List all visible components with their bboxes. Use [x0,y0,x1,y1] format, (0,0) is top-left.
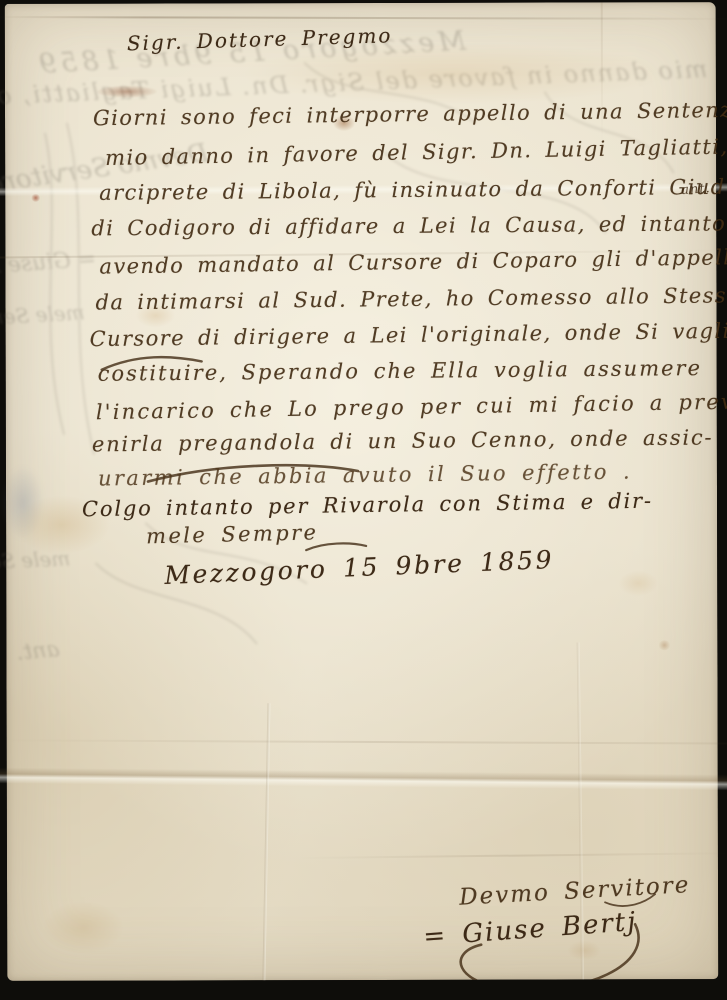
crease-faint [0,739,727,744]
stain-red-dot [31,194,40,202]
letter-line: Colgo intanto per Rivarola con Stima e d… [82,489,653,521]
letter-line: mio danno in favore del Sigr. Dn. Luigi … [105,134,727,170]
stain-top-band [240,42,670,105]
letter-line: Giorni sono feci interporre appello di u… [93,97,727,130]
letter-heading: Sigr. Dottore Pregmo [127,23,393,55]
marginal-note: ant. [681,181,711,198]
letter-line: Cursore di dirigere a Lei l'originale, o… [89,319,727,352]
letter-line: l'incarico che Lo prego per cui mi facio… [96,389,727,424]
letter-line: arciprete di Libola, fù insinuato da Con… [99,175,727,205]
letter-paper: Mezzogoro 15 9bre 1859 mio danno in favo… [5,2,719,981]
dateline: Mezzogoro 15 9bre 1859 [164,545,555,590]
ghost-text-fragment: mele Sempre [0,300,85,331]
stain-bottom-left [43,902,123,954]
letter-line: costituire, Sperando che Ella voglia ass… [98,356,702,386]
signature: = Giuse Bertj [422,907,638,952]
letter-line: enirla pregandola di un Suo Cenno, onde … [92,425,714,456]
ghost-text-fragment: = Giuse Bertj [0,246,97,282]
crease-top [0,16,727,20]
letter-line: avendo mandato al Cursore di Coparo gli … [99,245,727,279]
stain-freckle [618,570,658,596]
ghost-text-fragment: ant. [15,637,60,666]
scan-background: Mezzogoro 15 9bre 1859 mio danno in favo… [0,0,727,1000]
letter-line: mele Sempre [146,520,319,548]
stain-freckle [658,640,670,650]
fold-main [0,767,727,790]
stain-freckle [567,940,601,960]
letter-line: di Codigoro di affidare a Lei la Causa, … [91,211,726,240]
letter-line: da intimarsi al Sud. Prete, ho Comesso a… [95,283,727,314]
crease-faint [297,852,727,859]
closing: Devmo Servitore [459,872,692,911]
fold-vertical-left [262,703,270,980]
letter-line: urarmi che abbia avuto il Suo effetto . [98,459,632,490]
stain-ink-smudge [97,86,157,98]
stain-left-blue [2,466,44,540]
ghost-text-fragment: mele Sempre [0,546,71,575]
